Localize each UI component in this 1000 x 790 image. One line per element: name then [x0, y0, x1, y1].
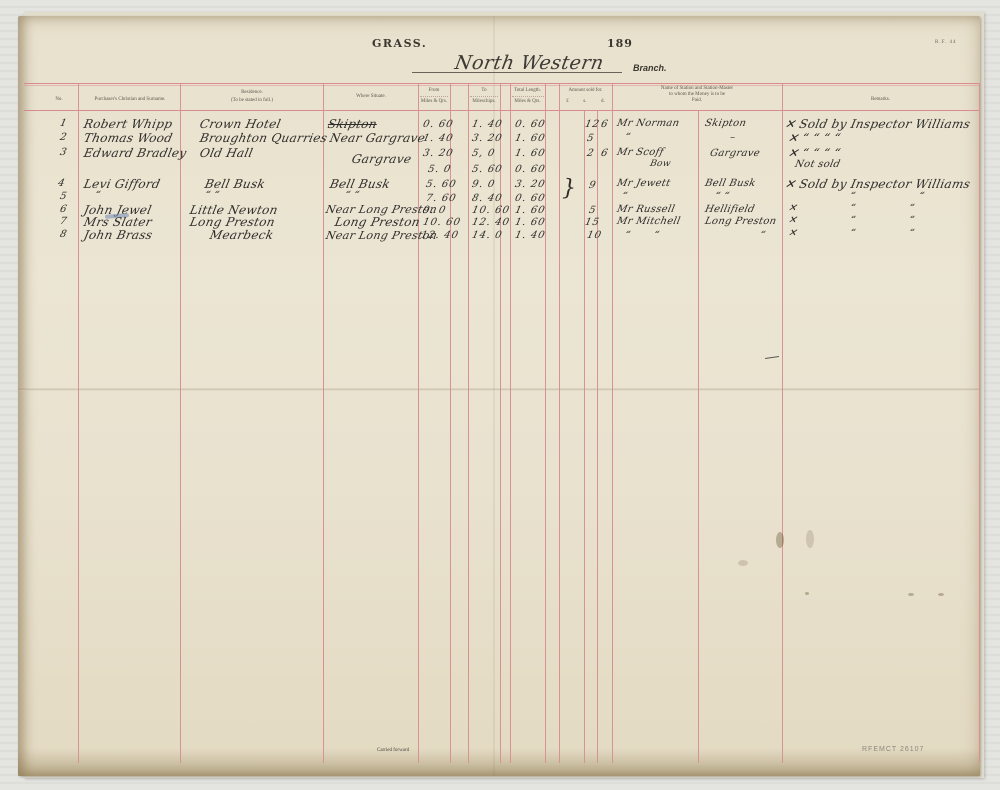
- row-5-situate: “ “: [344, 190, 361, 201]
- header-purchaser: Purchaser's Christian and Surname.: [80, 96, 180, 104]
- header-bottom-rule: [24, 110, 980, 111]
- year-prefix: 189: [607, 37, 633, 50]
- row-4-total: 3. 20: [514, 179, 547, 190]
- header-where-situate: Where Situate.: [324, 93, 418, 101]
- row-6-to: 10. 60: [471, 205, 511, 216]
- row-2-total: 1. 60: [514, 133, 547, 144]
- row-7-station-master: Mr Mitchell: [616, 216, 682, 227]
- header-amount-line1: Amount sold for.: [559, 87, 612, 95]
- col-rule: [698, 111, 699, 763]
- row-2-remarks: ✕ “ “ “ “: [787, 131, 843, 145]
- row-8-remarks: ✕ “ “: [787, 228, 916, 239]
- row-4-residence: Bell Busk: [204, 177, 267, 191]
- header-shillings: s.: [583, 98, 586, 106]
- row-1-station-master: Mr Norman: [616, 118, 681, 129]
- header-residence-line2: (To be stated in full.): [181, 97, 323, 105]
- row-7-to: 12. 40: [471, 217, 511, 228]
- row-3b-total: 0. 60: [514, 164, 547, 175]
- row-2-to: 3. 20: [471, 133, 504, 144]
- row-1-situate: Skipton: [327, 117, 379, 131]
- branch-name-handwritten: North Western: [453, 52, 606, 74]
- stain: [806, 530, 814, 548]
- row-2-purchaser: Thomas Wood: [83, 131, 174, 145]
- header-pounds: £: [566, 98, 569, 106]
- col-rule: [782, 83, 783, 763]
- row-1-residence: Crown Hotel: [199, 117, 283, 131]
- row-6-station: Hellifield: [704, 204, 756, 215]
- carried-forward-label: Carried forward: [377, 748, 409, 753]
- header-to: To Mileschips.: [468, 87, 500, 106]
- row-4-to: 9. 0: [471, 179, 496, 190]
- header-no: No.: [40, 96, 78, 104]
- row-4-bracket: }: [562, 178, 576, 200]
- stain: [738, 560, 748, 566]
- header-total-line1: Total Length.: [510, 87, 545, 95]
- header-residence: Residence. (To be stated in full.): [181, 89, 323, 105]
- row-3b-remarks: Not sold: [794, 159, 841, 170]
- header-station-line3: Paid.: [612, 98, 782, 104]
- col-rule: [979, 83, 980, 763]
- row-3-remarks: ✕ “ “ “ “: [787, 146, 843, 160]
- row-5-remarks: “ “: [849, 191, 926, 202]
- row-7-total: 1. 60: [514, 217, 547, 228]
- row-6-total: 1. 60: [514, 205, 547, 216]
- header-top-rule-double: [24, 85, 980, 86]
- row-1-station: Skipton: [704, 118, 747, 129]
- row-4-purchaser: Levi Gifford: [83, 177, 162, 191]
- header-to-line1: To: [468, 87, 500, 95]
- row-4-remarks: ✕ Sold by Inspector Williams: [784, 177, 972, 191]
- row-3b-from: 5. 0: [427, 164, 452, 175]
- row-7-residence: Long Preston: [189, 215, 277, 229]
- row-1-total: 0. 60: [514, 119, 547, 130]
- row-3b-station-note: Bow: [649, 159, 672, 169]
- row-3-total: 1. 60: [514, 148, 547, 159]
- header-remarks: Remarks.: [782, 96, 979, 104]
- col-rule: [500, 83, 501, 763]
- row-3b-to: 5. 60: [471, 164, 504, 175]
- row-5-to: 8. 40: [471, 193, 504, 204]
- row-8-shillings: 10: [586, 230, 603, 241]
- row-6-station-master: Mr Russell: [616, 204, 676, 215]
- row-1-shillings: 12: [584, 119, 601, 130]
- col-rule: [468, 83, 469, 763]
- worn-bottom-edge: [18, 748, 980, 776]
- stain: [908, 593, 914, 596]
- stain: [776, 532, 784, 548]
- col-rule: [78, 83, 79, 763]
- col-rule: [584, 111, 585, 763]
- row-5-station: “ “: [714, 191, 731, 202]
- row-4-from: 5. 60: [425, 179, 458, 190]
- row-1-to: 1. 40: [471, 119, 504, 130]
- row-3-from: 3. 20: [422, 148, 455, 159]
- stain: [805, 592, 809, 595]
- header-from-line1: From: [418, 87, 450, 95]
- row-5-total: 0. 60: [514, 193, 547, 204]
- row-8-purchaser: John Brass: [83, 228, 154, 242]
- col-rule: [418, 83, 419, 763]
- row-6-from: 9. 0: [422, 205, 447, 216]
- col-rule: [612, 83, 613, 763]
- row-4-situate: Bell Busk: [329, 177, 392, 191]
- row-5-residence: “ “: [204, 190, 221, 201]
- header-top-rule: [24, 83, 980, 84]
- col-rule: [559, 83, 560, 763]
- header-amount: Amount sold for. £ s. d.: [559, 87, 612, 106]
- row-3-situate: Gargrave: [351, 152, 413, 166]
- row-3-station: Gargrave: [709, 148, 761, 159]
- header-from: From Miles & Qrs.: [418, 87, 450, 106]
- row-2-situate: Near Gargrave: [329, 131, 427, 145]
- col-rule: [597, 111, 598, 763]
- row-1-purchaser: Robert Whipp: [83, 117, 174, 131]
- row-2-from: 1. 40: [422, 133, 455, 144]
- vertical-fold: [493, 16, 495, 776]
- row-7-shillings: 15: [584, 217, 601, 228]
- row-4-station: Bell Busk: [704, 178, 757, 189]
- row-8-residence: Mearbeck: [209, 228, 275, 242]
- stain: [938, 593, 944, 596]
- row-7-purchaser: Mrs Slater: [83, 215, 154, 229]
- row-7-situate: Long Preston: [334, 215, 422, 229]
- row-8-to: 14. 0: [471, 230, 504, 241]
- row-3-to: 5, 0: [471, 148, 496, 159]
- branch-label: Branch.: [633, 63, 667, 73]
- row-3-purchaser: Edward Bradley: [83, 146, 188, 160]
- col-rule: [323, 83, 324, 763]
- row-2-residence: Broughton Quarries: [199, 131, 329, 145]
- document-title: GRASS.: [372, 37, 427, 50]
- header-residence-line1: Residence.: [181, 89, 323, 97]
- row-7-remarks: ✕ “ “: [787, 215, 916, 226]
- header-amount-units: £ s. d.: [559, 98, 612, 106]
- header-pence: d.: [601, 98, 605, 106]
- header-station: Name of Station and Station-Master to wh…: [612, 86, 782, 104]
- row-8-from: 12. 40: [420, 230, 460, 241]
- row-8-total: 1. 40: [514, 230, 547, 241]
- horizontal-fold: [18, 388, 980, 391]
- form-code: R.F. 44: [935, 40, 956, 45]
- row-3-station-master: Mr Scoff: [616, 147, 665, 158]
- row-7-station: Long Preston: [704, 216, 778, 227]
- header-from-line2: Miles & Qrs.: [418, 98, 450, 106]
- row-1-from: 0. 60: [422, 119, 455, 130]
- archive-reference: RFEMCT 26107: [862, 746, 924, 753]
- row-6-remarks: ✕ “ “: [787, 203, 916, 214]
- header-total-length: Total Length. Miles & Qrs.: [510, 87, 545, 106]
- row-8-station-master: “ “: [624, 230, 661, 241]
- col-rule: [510, 83, 511, 763]
- row-4-station-master: Mr Jewett: [616, 178, 672, 189]
- row-7-from: 10. 60: [422, 217, 462, 228]
- header-total-line2: Miles & Qrs.: [510, 98, 545, 106]
- col-rule: [180, 83, 181, 763]
- row-3-residence: Old Hall: [199, 146, 255, 160]
- header-to-line2: Mileschips.: [468, 98, 500, 106]
- row-1-remarks: ✕ Sold by Inspector Williams: [784, 117, 972, 131]
